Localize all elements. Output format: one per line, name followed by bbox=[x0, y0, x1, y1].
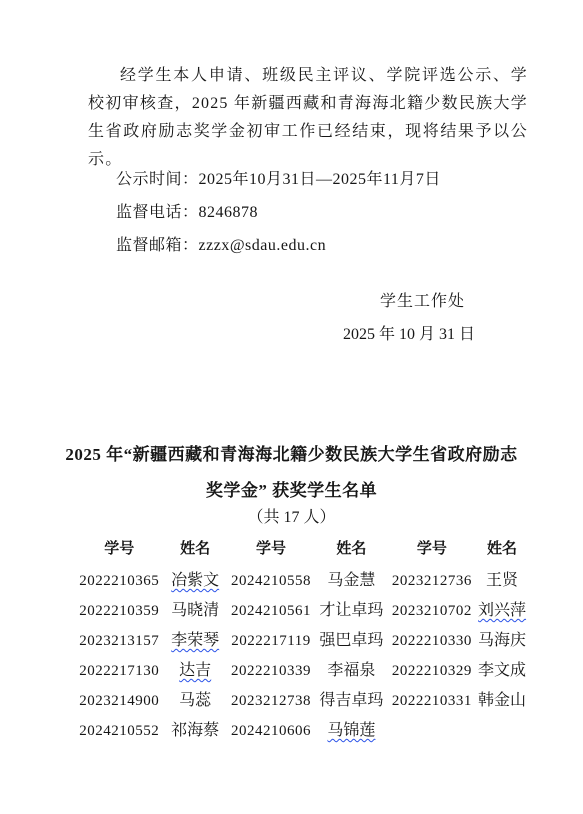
student-id-cell: 2023214900 bbox=[74, 687, 165, 716]
awardee-table-body: 2022210365冶紫文2024210558马金慧2023212736王贤20… bbox=[74, 566, 527, 746]
student-id-cell: 2022210339 bbox=[226, 657, 317, 686]
intro-paragraph: 经学生本人申请、班级民主评议、学院评选公示、学校初审核查，2025 年新疆西藏和… bbox=[88, 62, 528, 174]
student-name-cell: 马金慧 bbox=[316, 566, 386, 595]
student-id-cell: 2023212736 bbox=[387, 567, 478, 596]
student-name-cell: 达吉 bbox=[165, 656, 226, 685]
student-name-cell: 强巴卓玛 bbox=[316, 626, 386, 655]
student-id-cell: 2024210606 bbox=[226, 717, 317, 746]
table-row: 2022217130达吉2022210339李福泉2022210329李文成 bbox=[74, 656, 527, 686]
document-page: { "colors": { "page_background": "#fffff… bbox=[0, 0, 583, 814]
column-header: 学号 bbox=[226, 535, 317, 563]
column-header: 姓名 bbox=[165, 535, 226, 563]
student-id-cell: 2023213157 bbox=[74, 627, 165, 656]
awardee-count: （共 17 人） bbox=[0, 504, 583, 527]
awardee-list-title-line1: 2025 年“新疆西藏和青海海北籍少数民族大学生省政府励志 bbox=[36, 437, 547, 473]
supervision-phone-value: 8246878 bbox=[199, 204, 259, 221]
student-name-cell: 才让卓玛 bbox=[316, 596, 386, 625]
publicity-period-value: 2025年10月31日—2025年11月7日 bbox=[199, 171, 441, 188]
supervision-phone-line: 监督电话：8246878 bbox=[116, 196, 441, 229]
table-row: 2023214900马蕊2023212738得吉卓玛2022210331韩金山 bbox=[74, 686, 527, 716]
supervision-email-value: zzzx@sdau.edu.cn bbox=[199, 237, 327, 254]
student-id-cell: 2022210329 bbox=[387, 657, 478, 686]
table-row: 2023213157李荣琴2022217119强巴卓玛2022210330马海庆 bbox=[74, 626, 527, 656]
student-name-cell: 王贤 bbox=[477, 566, 527, 595]
publicity-period-line: 公示时间：2025年10月31日—2025年11月7日 bbox=[116, 163, 441, 196]
student-id-cell: 2022210330 bbox=[387, 627, 478, 656]
table-row: 2022210359马晓清2024210561才让卓玛2023210702刘兴萍 bbox=[74, 596, 527, 626]
student-name-cell: 李福泉 bbox=[316, 656, 386, 685]
student-name-cell: 冶紫文 bbox=[165, 566, 226, 595]
column-header: 学号 bbox=[74, 535, 165, 563]
student-name-cell: 马海庆 bbox=[477, 626, 527, 655]
supervision-email-label: 监督邮箱： bbox=[116, 237, 199, 254]
awardee-table: 学号姓名学号姓名学号姓名 2022210365冶紫文2024210558马金慧2… bbox=[74, 535, 527, 746]
student-name-cell: 马晓清 bbox=[165, 596, 226, 625]
student-id-cell: 2024210552 bbox=[74, 717, 165, 746]
table-row: 2022210365冶紫文2024210558马金慧2023212736王贤 bbox=[74, 566, 527, 596]
student-name-cell: 马锦莲 bbox=[316, 716, 386, 745]
student-name-cell: 李文成 bbox=[477, 656, 527, 685]
student-name-cell: 韩金山 bbox=[477, 686, 527, 715]
student-id-cell: 2022217119 bbox=[226, 627, 317, 656]
student-name-cell: 祁海蔡 bbox=[165, 716, 226, 745]
column-header: 姓名 bbox=[316, 535, 386, 563]
student-id-cell: 2024210558 bbox=[226, 567, 317, 596]
signature-date: 2025 年 10 月 31 日 bbox=[343, 321, 475, 344]
student-id-cell: 2022210359 bbox=[74, 597, 165, 626]
publicity-period-label: 公示时间： bbox=[116, 171, 199, 188]
student-id-cell: 2022217130 bbox=[74, 657, 165, 686]
supervision-phone-label: 监督电话： bbox=[116, 204, 199, 221]
awardee-list-title: 2025 年“新疆西藏和青海海北籍少数民族大学生省政府励志 奖学金” 获奖学生名… bbox=[36, 437, 547, 509]
signature-org: 学生工作处 bbox=[380, 288, 465, 311]
student-id-cell: 2022210331 bbox=[387, 687, 478, 716]
student-name-cell: 马蕊 bbox=[165, 686, 226, 715]
student-name-cell: 刘兴萍 bbox=[477, 596, 527, 625]
student-id-cell: 2024210561 bbox=[226, 597, 317, 626]
student-id-cell: 2022210365 bbox=[74, 567, 165, 596]
student-id-cell: 2023210702 bbox=[387, 597, 478, 626]
contact-info: 公示时间：2025年10月31日—2025年11月7日 监督电话：8246878… bbox=[116, 163, 441, 262]
table-header-row: 学号姓名学号姓名学号姓名 bbox=[74, 535, 527, 563]
column-header: 学号 bbox=[387, 535, 478, 563]
student-name-cell: 得吉卓玛 bbox=[316, 686, 386, 715]
student-id-cell: 2023212738 bbox=[226, 687, 317, 716]
table-row: 2024210552祁海蔡2024210606马锦莲 bbox=[74, 716, 527, 746]
student-name-cell: 李荣琴 bbox=[165, 626, 226, 655]
supervision-email-line: 监督邮箱：zzzx@sdau.edu.cn bbox=[116, 229, 441, 262]
column-header: 姓名 bbox=[477, 535, 527, 563]
